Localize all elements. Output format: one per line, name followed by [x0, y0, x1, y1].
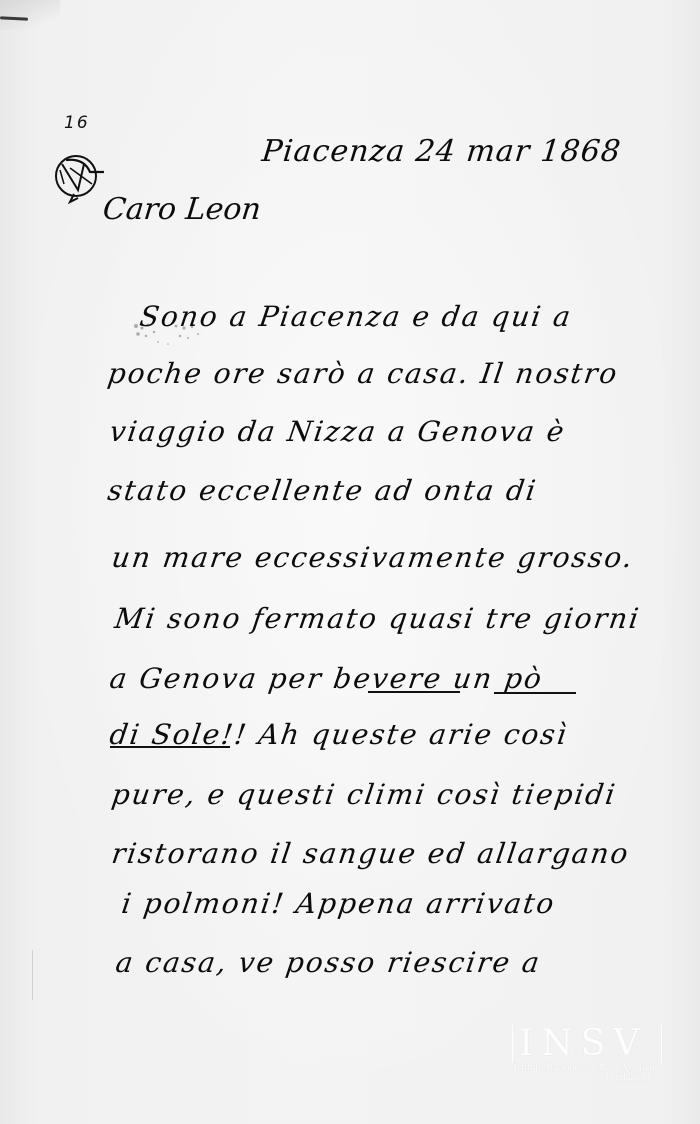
letter-line-10: ristorano il sangue ed allargano: [110, 837, 632, 870]
underline-di-sole: [110, 746, 230, 748]
page-number: 16: [64, 113, 90, 133]
watermark-institute-name: Istituto Nazionale di Studi Verdiani: [512, 1063, 662, 1073]
letter-line-9: pure, e questi climi così tiepidi: [110, 778, 619, 811]
letter-line-3: viaggio da Nizza a Genova è: [108, 415, 568, 448]
letter-line-1: Sono a Piacenza e da qui a: [138, 300, 575, 333]
letter-line-11: i polmoni! Appena arrivato: [120, 887, 558, 920]
monogram-stamp-icon: [50, 150, 108, 206]
paper-corner-shadow: [0, 0, 60, 30]
letter-line-2: poche ore sarò a casa. Il nostro: [106, 357, 621, 390]
underline-un-po: [494, 692, 576, 694]
watermark-letters: INSV: [512, 1025, 662, 1063]
place-date: Piacenza 24 mar 1868: [260, 134, 623, 169]
fold-mark: [32, 950, 33, 1000]
letter-line-6: Mi sono fermato quasi tre giorni: [113, 602, 643, 635]
letter-line-7: a Genova per bevere un pò: [108, 662, 546, 695]
letter-line-5: un mare eccessivamente grosso.: [110, 541, 636, 574]
institute-watermark: INSV Istituto Nazionale di Studi Verdian…: [512, 1025, 662, 1095]
underline-bevere: [368, 691, 460, 693]
watermark-foundation: Fondazione: [512, 1073, 662, 1083]
letter-line-4: stato eccellente ad onta di: [106, 474, 540, 507]
letter-page: 16 Piacenza 24 mar 1868 Caro Leon Sono a…: [0, 0, 700, 1124]
letter-line-12: a casa, ve posso riescire a: [114, 946, 544, 979]
salutation: Caro Leon: [101, 192, 263, 227]
